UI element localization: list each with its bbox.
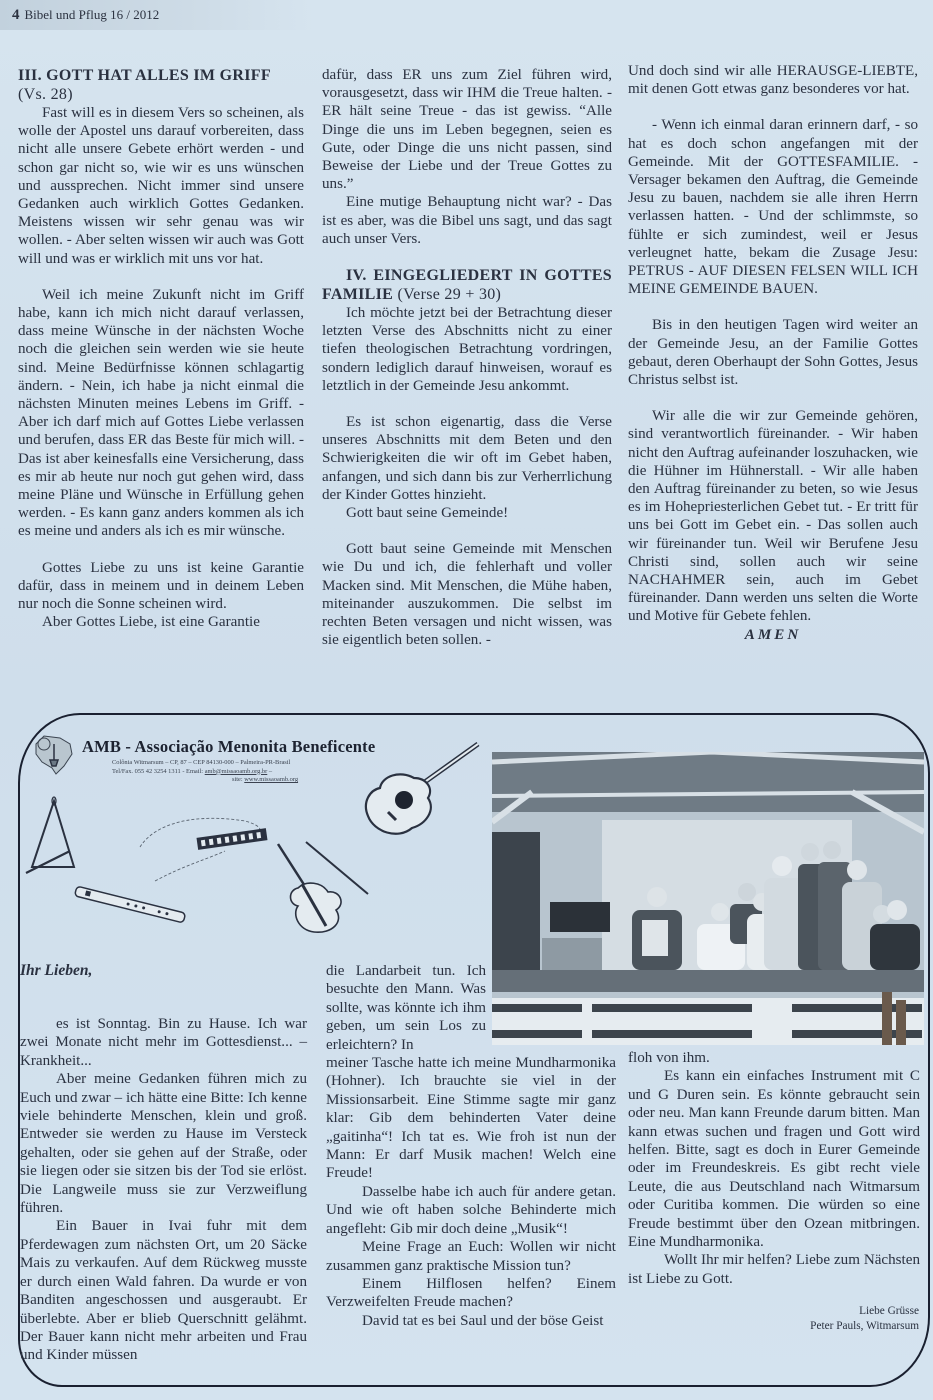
article-column-2: dafür, dass ER uns zum Ziel führen wird,…	[322, 66, 612, 649]
paragraph: Eine mutige Behauptung nicht war? - Das …	[322, 193, 612, 248]
section-4-verse: (Verse 29 + 30)	[397, 286, 501, 303]
recorder-flute-icon	[72, 880, 192, 930]
amb-title: AMB - Associação Menonita Beneficente	[82, 737, 375, 757]
amb-contact: Colônia Witmarsum – CP, 87 – CEP 84130-0…	[112, 759, 298, 785]
paragraph: Gott baut seine Gemeinde!	[322, 504, 612, 522]
paragraph: die Landarbeit tun. Ich besuchte den Man…	[326, 962, 486, 1054]
amb-site-link[interactable]: www.missaoamb.org	[244, 776, 298, 783]
section-3-verse: (Vs. 28)	[18, 86, 73, 103]
paragraph: Bis in den heutigen Tagen wird weiter an…	[628, 316, 918, 389]
paragraph: meiner Tasche hatte ich meine Mundharmon…	[326, 1054, 616, 1183]
amb-email-link[interactable]: amb@missaoamb.org.br	[205, 768, 268, 775]
letter-column-3: floh von ihm. Es kann ein einfaches Inst…	[628, 1049, 920, 1288]
closing-amen: AMEN	[628, 626, 918, 644]
paragraph: Einem Hilflosen helfen? Einem Verzweifel…	[326, 1275, 616, 1312]
publication-title: Bibel und Pflug 16 / 2012	[25, 7, 160, 23]
letter-column-2: die Landarbeit tun. Ich besuchte den Man…	[326, 962, 616, 1330]
paragraph: Ein Bauer in Ivai fuhr mit dem Pferdewag…	[20, 1217, 307, 1364]
paragraph: Wollt Ihr mir helfen? Liebe zum Nächsten…	[628, 1251, 920, 1288]
paragraph: Gott baut seine Gemeinde mit Menschen wi…	[322, 540, 612, 649]
amb-address: Colônia Witmarsum – CP, 87 – CEP 84130-0…	[112, 759, 298, 768]
paragraph: - Wenn ich einmal daran erinnern darf, -…	[628, 116, 918, 298]
paragraph: Ich möchte jetzt bei der Betrachtung die…	[322, 304, 612, 395]
triangle-icon	[22, 795, 82, 875]
letter-column-1: es ist Sonntag. Bin zu Hause. Ich war zw…	[20, 1015, 307, 1365]
article-column-1: III. GOTT HAT ALLES IM GRIFF(Vs. 28) Fas…	[18, 66, 304, 631]
running-header: 4 Bibel und Pflug 16 / 2012	[0, 0, 312, 30]
paragraph: Dasselbe habe ich auch für andere getan.…	[326, 1183, 616, 1238]
letter-signature: Liebe Grüsse Peter Pauls, Witmarsum	[810, 1304, 919, 1334]
amb-site: site: www.missaoamb.org	[112, 776, 298, 785]
paragraph: Aber meine Gedanken führen mich zu Euch …	[20, 1070, 307, 1217]
section-4-heading: IV. EINGEGLIEDERT IN GOTTES FAMILIE (Ver…	[322, 266, 612, 304]
section-3-heading: III. GOTT HAT ALLES IM GRIFF(Vs. 28)	[18, 66, 304, 104]
paragraph: Fast will es in diesem Vers so scheinen,…	[18, 104, 304, 268]
signature-name: Peter Pauls, Witmarsum	[810, 1319, 919, 1334]
paragraph: Aber Gottes Liebe, ist eine Garantie	[18, 613, 304, 631]
amb-phone-email: Tel/Fax. 055 42 3254 1311 - Email: amb@m…	[112, 768, 298, 777]
harmonica-in-hand-icon	[135, 805, 275, 885]
violin-icon	[270, 838, 370, 938]
paragraph: Gottes Liebe zu uns ist keine Garantie d…	[18, 559, 304, 614]
paragraph: es ist Sonntag. Bin zu Hause. Ich war zw…	[20, 1015, 307, 1070]
paragraph: Meine Frage an Euch: Wollen wir nicht zu…	[326, 1238, 616, 1275]
guitar-icon	[352, 742, 482, 842]
letter-greeting: Ihr Lieben,	[20, 962, 92, 980]
paragraph: Es ist schon eigenartig, dass die Verse …	[322, 413, 612, 504]
paragraph: Und doch sind wir alle HERAUSGE-LIEBTE, …	[628, 62, 918, 98]
paragraph: Weil ich meine Zukunft nicht im Griff ha…	[18, 286, 304, 541]
article-column-3: Und doch sind wir alle HERAUSGE-LIEBTE, …	[628, 62, 918, 644]
paragraph: floh von ihm.	[628, 1049, 920, 1067]
signoff: Liebe Grüsse	[810, 1304, 919, 1319]
paragraph: dafür, dass ER uns zum Ziel führen wird,…	[322, 66, 612, 193]
paragraph: David tat es bei Saul und der böse Geist	[326, 1312, 616, 1330]
page-number: 4	[12, 7, 20, 24]
amb-logo-icon	[30, 730, 78, 778]
paragraph: Wir alle die wir zur Gemeinde gehören, s…	[628, 407, 918, 625]
paragraph: Es kann ein einfaches Instrument mit C u…	[628, 1067, 920, 1251]
